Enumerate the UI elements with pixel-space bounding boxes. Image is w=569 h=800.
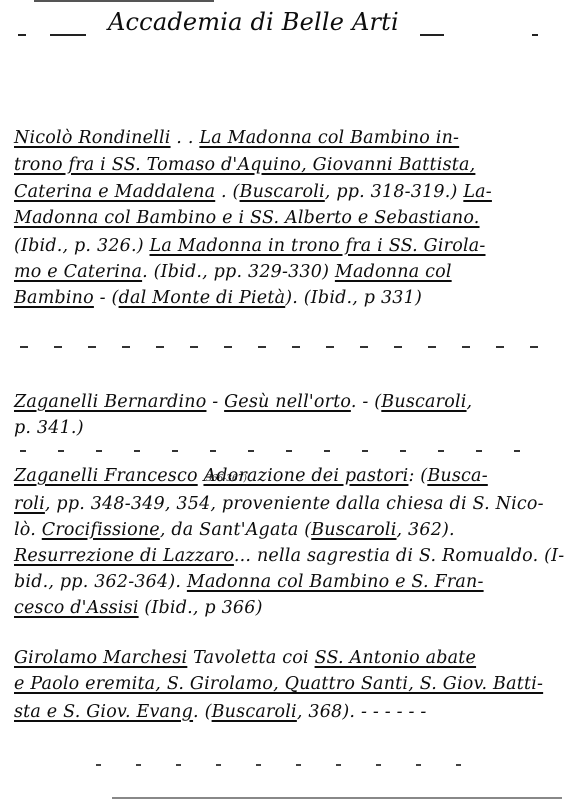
underlined-text: mo e Caterina [14,262,142,282]
underlined-text: cesco d'Assisi [14,598,139,618]
text: . - ( [351,392,381,412]
entry-line: bid., pp. 362-364). Madonna col Bambino … [14,572,484,592]
text: (Ibid., p. 326.) [14,236,150,256]
text: p. 341.) [14,418,84,438]
text: , [467,392,473,412]
underlined-text: Buscaroli [212,702,297,722]
title-dash-right2 [532,34,538,36]
underlined-text: SS. Antonio abate [315,648,476,668]
title-dash-right [420,34,444,36]
entry-line: lò. Crocifissione, da Sant'Agata (Buscar… [14,520,455,540]
underlined-text: Bambino [14,288,94,308]
text: - ( [94,288,119,308]
underlined-text: La Madonna col Bambino in- [199,128,459,148]
underlined-text: Buscaroli [240,182,325,202]
entry-line: (Ibid., p. 326.) La Madonna in trono fra… [14,236,486,256]
separator-dash [96,764,496,766]
entry-line: mo e Caterina. (Ibid., pp. 329-330) Mado… [14,262,452,282]
underlined-text: Buscaroli [311,520,396,540]
underlined-text: Madonna col Bambino e i SS. Alberto e Se… [14,208,480,228]
entry-line: trono fra i SS. Tomaso d'Aquino, Giovann… [14,155,475,175]
underlined-text: roli [14,494,45,514]
text: bid., pp. 362-364). [14,572,187,592]
underlined-text: Gesù nell'orto [224,392,351,412]
underlined-text: Nicolò Rondinelli [14,128,171,148]
underlined-text: Busca- [427,466,487,486]
title-dash-left2 [50,34,86,36]
text: : ( [408,466,427,486]
page-title: Accademia di Belle Arti [108,8,399,36]
title-dash-left [18,34,26,36]
underlined-text: La Madonna in trono fra i SS. Girola- [150,236,486,256]
entry-line: roli, pp. 348-349, 354, proveniente dall… [14,494,544,514]
underlined-text: Zaganelli Francesco [14,466,198,486]
entry-line: Resurrezione di Lazzaro... nella sagrest… [14,546,564,566]
text: , 368). - - - - - - [297,702,427,722]
text: (Ibid., p 366) [139,598,263,618]
underlined-text: dal Monte di Pietà [119,288,286,308]
manuscript-page: Accademia di Belle Arti Nicolò Rondinell… [0,0,569,800]
text: , pp. 348-349, 354, proveniente dalla ch… [45,494,544,514]
text: - [206,392,224,412]
underlined-text: Caterina e Maddalena [14,182,215,202]
text: . ( [193,702,212,722]
entry-line: Girolamo Marchesi Tavoletta coi SS. Anto… [14,648,476,668]
text: . . [171,128,200,148]
text: ). (Ibid., p 331) [285,288,422,308]
text: lò. [14,520,42,540]
entry-line: cesco d'Assisi (Ibid., p 366) [14,598,263,618]
text: . ( [215,182,239,202]
entry-line: p. 341.) [14,418,84,438]
underlined-text: La- [463,182,492,202]
underlined-text: Girolamo Marchesi [14,648,187,668]
underlined-text: Zaganelli Bernardino [14,392,206,412]
underlined-text: e Paolo eremita, S. Girolamo, Quattro Sa… [14,674,543,694]
text: ... nella sagrestia di S. Romualdo. (I- [234,546,564,566]
superscript-note: 366-367) [206,474,247,484]
entry-line: Zaganelli Francesco Adorazione dei pasto… [14,466,488,486]
entry-line: Zaganelli Bernardino - Gesù nell'orto. -… [14,392,472,412]
text: Tavoletta coi [187,648,314,668]
text: , pp. 318-319.) [325,182,464,202]
underlined-text: Resurrezione di Lazzaro [14,546,234,566]
entry-line: Nicolò Rondinelli . . La Madonna col Bam… [14,128,459,148]
top-rule [34,0,214,2]
text: . (Ibid., pp. 329-330) [142,262,335,282]
entry-line: Caterina e Maddalena . (Buscaroli, pp. 3… [14,182,492,202]
separator-dash [20,346,540,348]
underlined-text: Madonna col [335,262,452,282]
underlined-text: trono fra i SS. Tomaso d'Aquino, Giovann… [14,155,475,175]
entry-line: Bambino - (dal Monte di Pietà). (Ibid., … [14,288,422,308]
underlined-text: sta e S. Giov. Evang [14,702,193,722]
separator-dash [20,450,540,452]
bottom-rule [112,797,562,799]
text: , da Sant'Agata ( [160,520,311,540]
text: , 362). [397,520,455,540]
underlined-text: Madonna col Bambino e S. Fran- [187,572,484,592]
entry-line: Madonna col Bambino e i SS. Alberto e Se… [14,208,480,228]
underlined-text: Buscaroli [381,392,466,412]
entry-line: e Paolo eremita, S. Girolamo, Quattro Sa… [14,674,543,694]
entry-line: sta e S. Giov. Evang. (Buscaroli, 368). … [14,702,426,722]
underlined-text: Crocifissione [42,520,160,540]
